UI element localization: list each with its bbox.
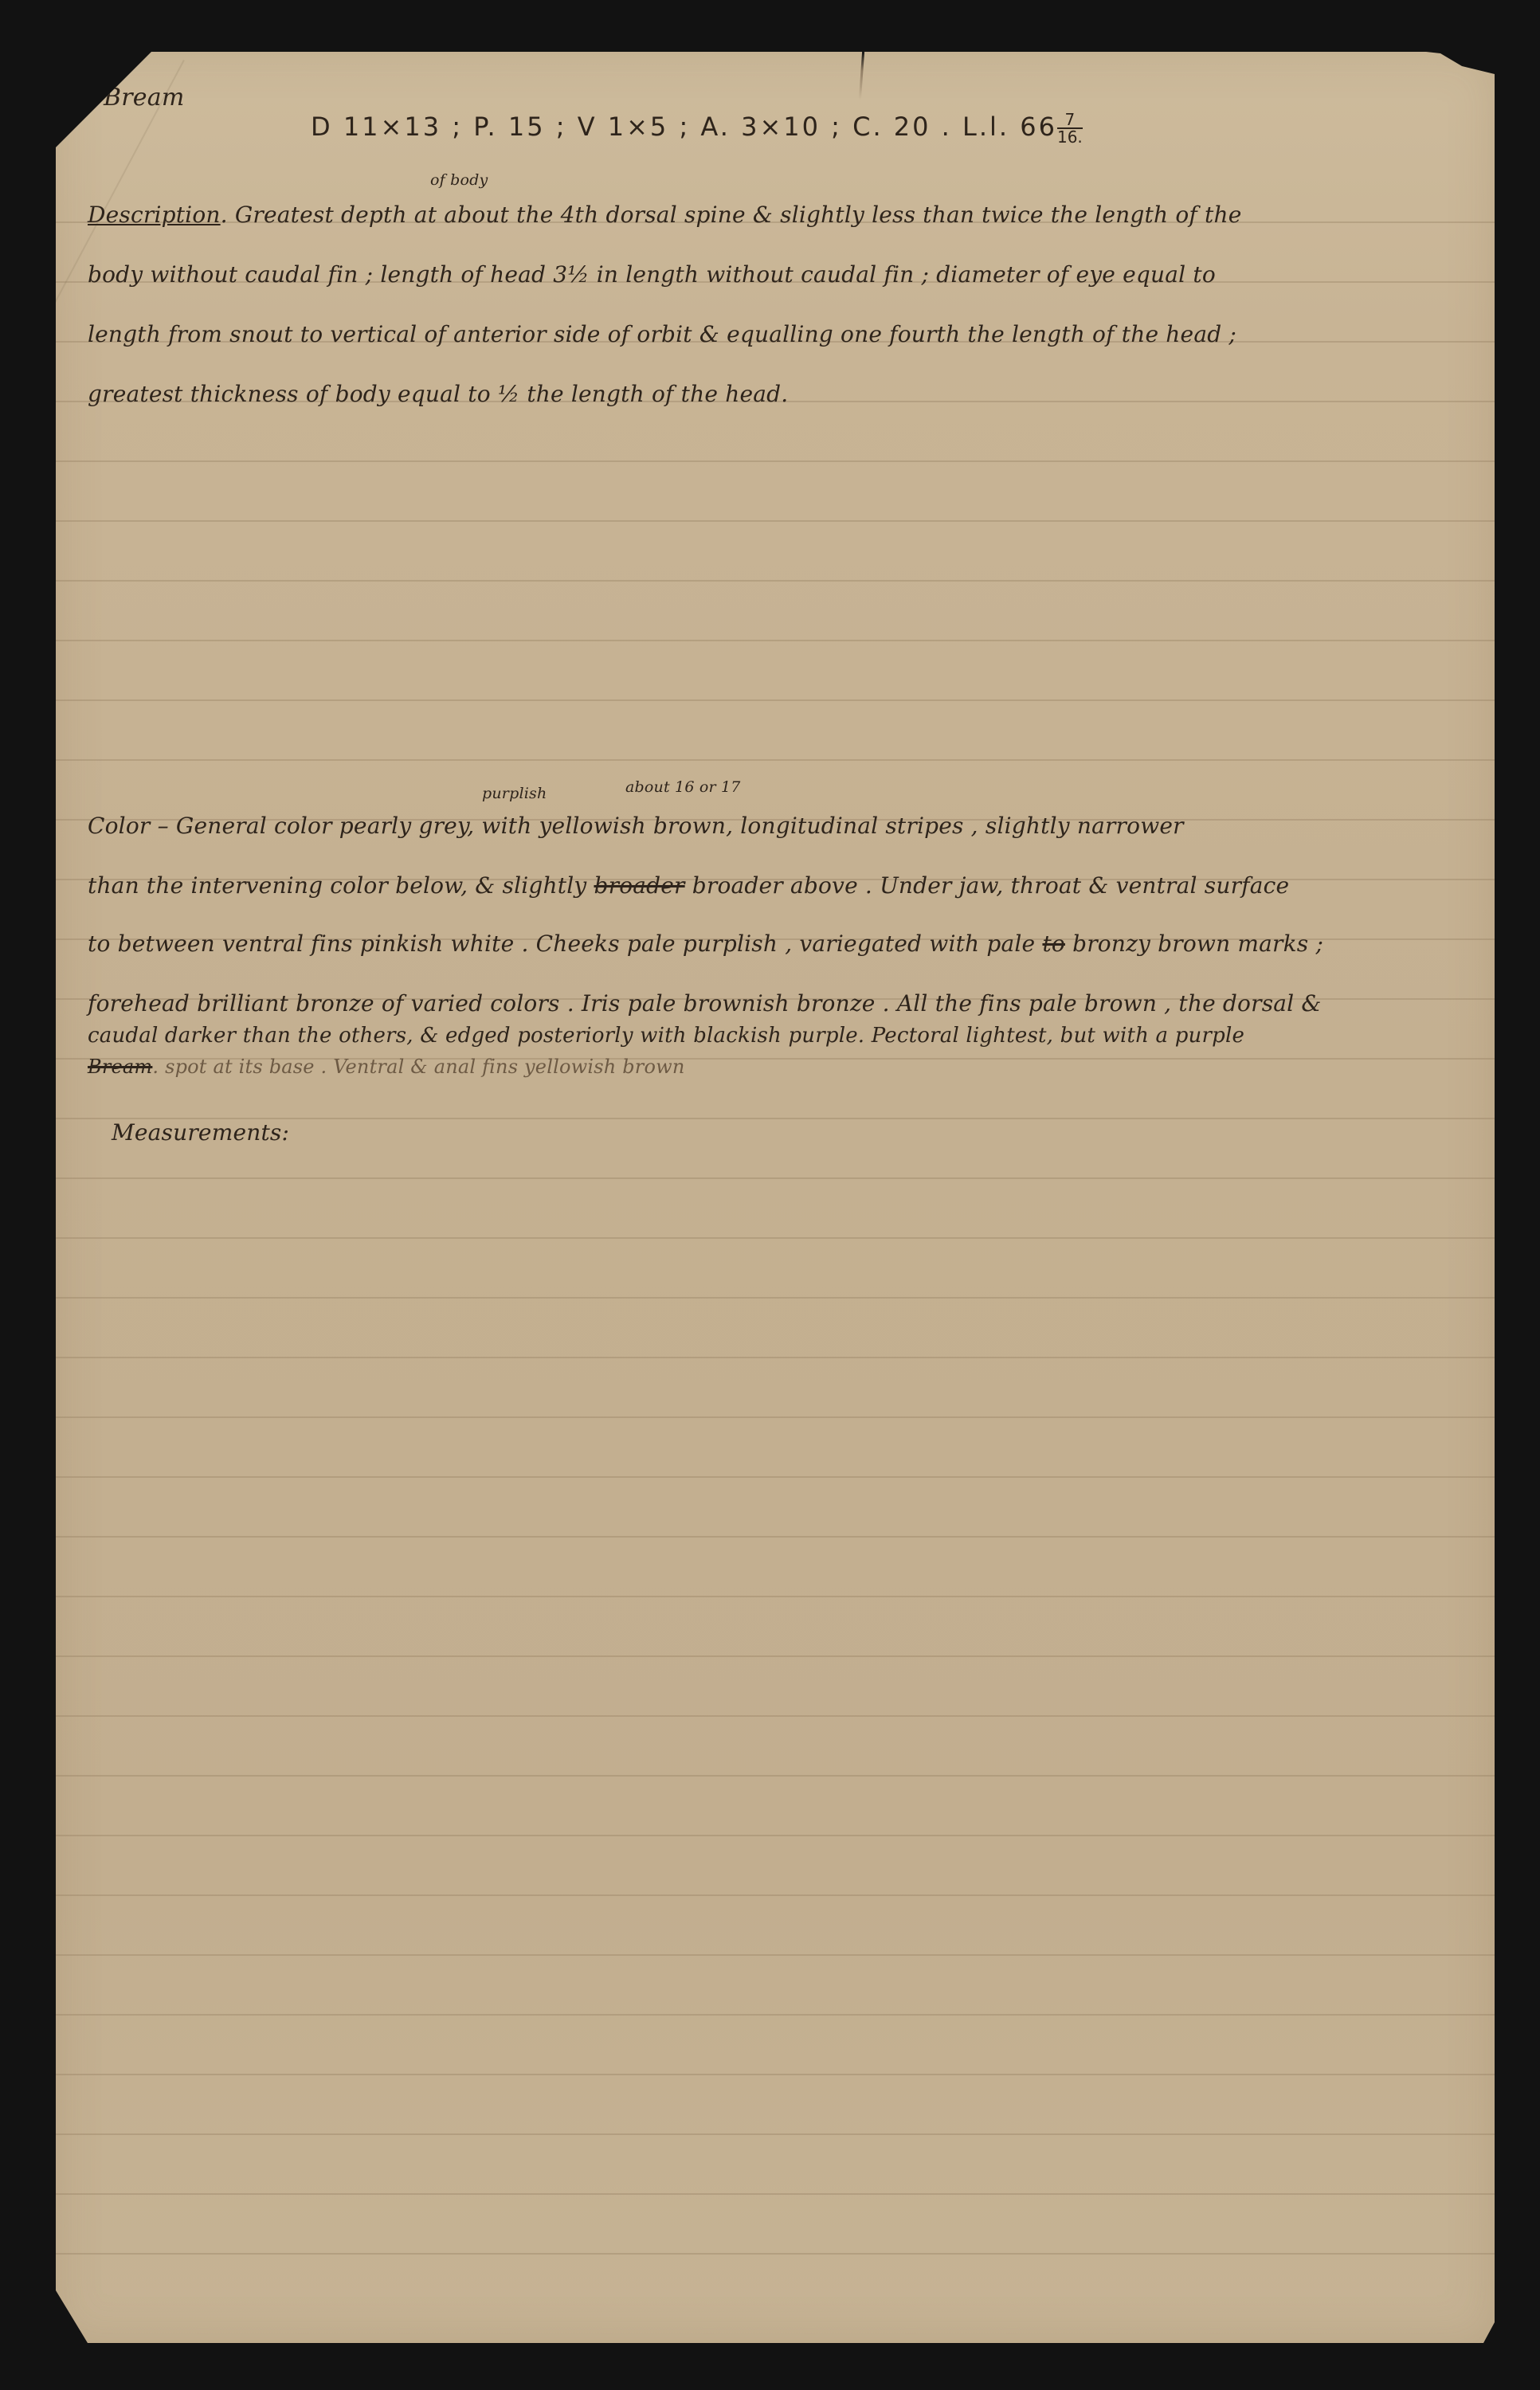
fraction-denominator: 16. xyxy=(1057,129,1083,145)
lateral-line-fraction: 716. xyxy=(1057,112,1083,145)
description-line-3: length from snout to vertical of anterio… xyxy=(88,321,1236,347)
color-text-6: spot at its base . Ventral & anal fins y… xyxy=(165,1056,684,1078)
color-text-1: General color pearly grey, with yellowis… xyxy=(176,813,1184,839)
struck-word-to: to xyxy=(1042,931,1065,957)
description-line-4: greatest thickness of body equal to ½ th… xyxy=(88,381,788,407)
fin-formula: D 11×13 ; P. 15 ; V 1×5 ; A. 3×10 ; C. 2… xyxy=(311,112,1083,145)
color-label: Color – xyxy=(88,813,169,839)
ruled-lines xyxy=(56,163,1495,2295)
description-insert-of-body: of body xyxy=(430,171,488,189)
color-line-5: caudal darker than the others, & edged p… xyxy=(88,1024,1244,1048)
species-title: Bream xyxy=(104,84,184,112)
struck-word-broader: broader xyxy=(594,872,684,899)
color-text-2a: than the intervening color below, & slig… xyxy=(88,872,586,899)
color-line-3: to between ventral fins pinkish white . … xyxy=(88,931,1323,957)
struck-word-bream: Bream xyxy=(88,1056,152,1078)
paper-tear xyxy=(859,52,864,100)
color-line-2: than the intervening color below, & slig… xyxy=(88,872,1289,899)
measurements-label: Measurements: xyxy=(112,1119,289,1146)
color-line-4: forehead brilliant bronze of varied colo… xyxy=(88,990,1322,1017)
color-line-1: Color – General color pearly grey, with … xyxy=(88,813,1184,839)
color-text-2b: broader above . Under jaw, throat & vent… xyxy=(692,872,1290,899)
color-text-3a: to between ventral fins pinkish white . … xyxy=(88,931,1035,957)
color-insert-count: about 16 or 17 xyxy=(625,778,741,796)
fraction-numerator: 7 xyxy=(1057,112,1083,129)
manuscript-page: Bream D 11×13 ; P. 15 ; V 1×5 ; A. 3×10 … xyxy=(56,52,1495,2343)
color-text-3b: bronzy brown marks ; xyxy=(1072,931,1323,957)
description-line-2: body without caudal fin ; length of head… xyxy=(88,261,1216,288)
description-label: Description xyxy=(88,202,221,228)
color-insert-purplish: purplish xyxy=(482,785,547,802)
fin-formula-text: D 11×13 ; P. 15 ; V 1×5 ; A. 3×10 ; C. 2… xyxy=(311,112,1057,142)
color-line-6: Bream. spot at its base . Ventral & anal… xyxy=(88,1056,685,1078)
description-line-1: Description. Greatest depth at about the… xyxy=(88,202,1242,228)
description-text-1: Greatest depth at about the 4th dorsal s… xyxy=(235,202,1242,228)
